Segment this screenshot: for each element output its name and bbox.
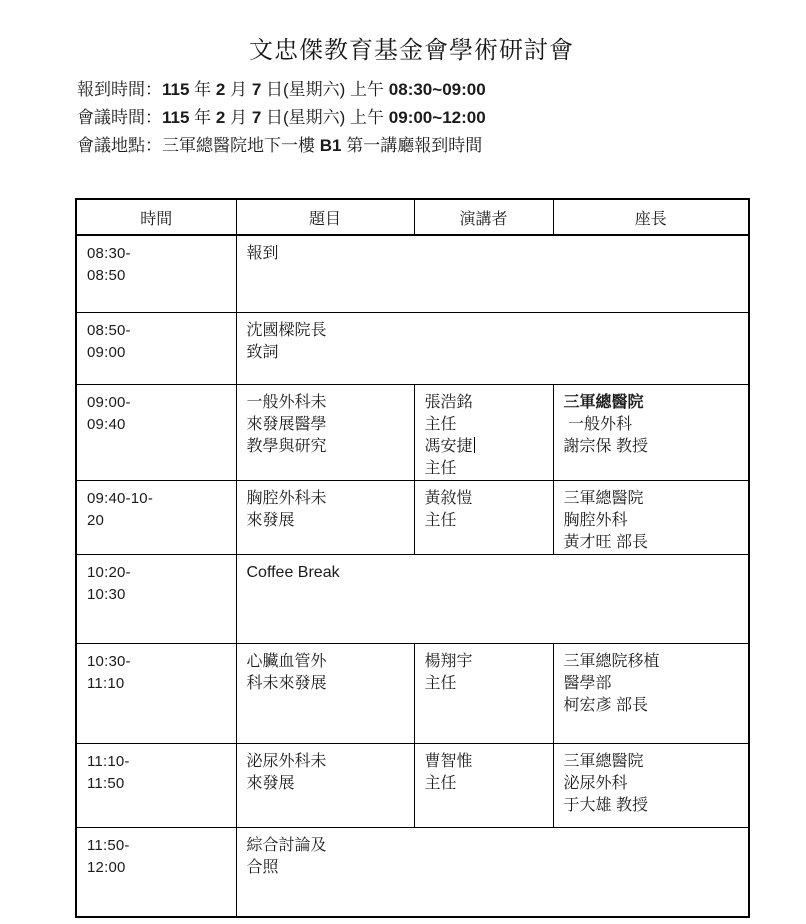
cell-line: 09:40-10- <box>87 488 226 510</box>
cell-line: 11:50 <box>87 773 226 795</box>
cell-line: 來發展 <box>247 510 404 532</box>
time-cell: 11:50- 12:00 <box>76 827 236 917</box>
cell-line: 張浩銘 <box>425 392 543 414</box>
cell-line: 黃才旺 部長 <box>564 532 739 554</box>
cell-line: 11:10 <box>87 673 226 695</box>
cell-line: 楊翔宇 <box>425 651 543 673</box>
table-row-registration: 08:30- 08:50 報到 <box>76 235 749 312</box>
cell-line: 09:00- <box>87 392 226 414</box>
col-header-speaker: 演講者 <box>414 199 553 235</box>
time-cell: 10:20- 10:30 <box>76 554 236 643</box>
cell-line: 主任 <box>425 458 543 480</box>
cell-line: 教學與研究 <box>247 436 404 458</box>
table-row-cardiovascular-surgery: 10:30- 11:10 心臟血管外 科未來發展 楊翔宇 主任 三軍總院移植 醫… <box>76 643 749 743</box>
time-cell: 09:40-10- 20 <box>76 480 236 554</box>
header-row: 時間 題目 演講者 座長 <box>76 199 749 235</box>
info-meeting-location: 會議地點：三軍總醫院地下一樓 B1 第一講廳報到時間 <box>77 132 486 160</box>
cell-line: 11:10- <box>87 751 226 773</box>
cell-line: 主任 <box>425 673 543 695</box>
cell-line: 一般外科未 <box>247 392 404 414</box>
cell-line: 科未來發展 <box>247 673 404 695</box>
page-title: 文忠傑教育基金會學術研討會 <box>75 30 748 65</box>
cell-line: 于大雄 教授 <box>564 795 739 817</box>
cell-line: 謝宗保 教授 <box>564 436 739 458</box>
col-header-topic: 題目 <box>236 199 414 235</box>
chair-cell: 三軍總醫院 一般外科 謝宗保 教授 <box>553 384 749 480</box>
cell-line: 馮安捷 <box>425 436 543 458</box>
cell-line: 沈國樑院長 <box>247 320 739 342</box>
cell-line: 主任 <box>425 510 543 532</box>
time-cell: 10:30- 11:10 <box>76 643 236 743</box>
cell-line: 胸腔外科 <box>564 510 739 532</box>
cell-line: 來發展醫學 <box>247 414 404 436</box>
cell-text: 馮安捷 <box>425 438 473 455</box>
cell-line: 曹智惟 <box>425 751 543 773</box>
cell-line: 08:50 <box>87 265 226 287</box>
cell-line: 泌尿外科 <box>564 773 739 795</box>
col-header-time: 時間 <box>76 199 236 235</box>
time-cell: 08:30- 08:50 <box>76 235 236 312</box>
col-header-chair: 座長 <box>553 199 749 235</box>
cell-line: 一般外科 <box>564 414 739 436</box>
cell-line: 10:20- <box>87 562 226 584</box>
table-row-opening: 08:50- 09:00 沈國樑院長 致詞 <box>76 312 749 384</box>
cell-line: Coffee Break <box>247 562 739 584</box>
document-page: 文忠傑教育基金會學術研討會 報到時間：115 年 2 月 7 日(星期六) 上午… <box>0 0 806 924</box>
cell-line: 報到 <box>247 243 739 265</box>
cell-line: 泌尿外科未 <box>247 751 404 773</box>
topic-cell: 胸腔外科未 來發展 <box>236 480 414 554</box>
table-row-closing: 11:50- 12:00 綜合討論及 合照 <box>76 827 749 917</box>
topic-cell: 泌尿外科未 來發展 <box>236 743 414 827</box>
speaker-cell: 楊翔宇 主任 <box>414 643 553 743</box>
topic-cell: Coffee Break <box>236 554 749 643</box>
speaker-cell: 曹智惟 主任 <box>414 743 553 827</box>
cell-line: 08:30- <box>87 243 226 265</box>
cell-line: 主任 <box>425 414 543 436</box>
table-row-general-surgery: 09:00- 09:40 一般外科未 來發展醫學 教學與研究 張浩銘 主任 馮安… <box>76 384 749 480</box>
topic-cell: 報到 <box>236 235 749 312</box>
cell-line: 合照 <box>247 857 739 879</box>
cell-line: 主任 <box>425 773 543 795</box>
cell-line: 11:50- <box>87 835 226 857</box>
time-cell: 09:00- 09:40 <box>76 384 236 480</box>
cell-line: 醫學部 <box>564 673 739 695</box>
info-registration-time: 報到時間：115 年 2 月 7 日(星期六) 上午 08:30~09:00 <box>77 76 486 104</box>
time-cell: 11:10- 11:50 <box>76 743 236 827</box>
schedule-table: 時間 題目 演講者 座長 08:30- 08:50 報到 08:50- 09:0… <box>75 198 750 918</box>
speaker-cell: 張浩銘 主任 馮安捷 主任 <box>414 384 553 480</box>
info-meeting-time: 會議時間：115 年 2 月 7 日(星期六) 上午 09:00~12:00 <box>77 104 486 132</box>
table-row-thoracic-surgery: 09:40-10- 20 胸腔外科未 來發展 黃敘愷 主任 三軍總醫院 胸腔外科… <box>76 480 749 554</box>
chair-cell: 三軍總醫院 泌尿外科 于大雄 教授 <box>553 743 749 827</box>
cell-line: 三軍總醫院 <box>564 392 739 414</box>
cell-line: 三軍總院移植 <box>564 651 739 673</box>
cell-line: 10:30 <box>87 584 226 606</box>
cell-line: 綜合討論及 <box>247 835 739 857</box>
cell-line: 08:50- <box>87 320 226 342</box>
topic-cell: 綜合討論及 合照 <box>236 827 749 917</box>
cell-line: 三軍總醫院 <box>564 488 739 510</box>
table-row-coffee-break: 10:20- 10:30 Coffee Break <box>76 554 749 643</box>
cell-line: 20 <box>87 510 226 532</box>
cell-line: 致詞 <box>247 342 739 364</box>
topic-cell: 沈國樑院長 致詞 <box>236 312 749 384</box>
cell-line: 柯宏彥 部長 <box>564 695 739 717</box>
chair-cell: 三軍總院移植 醫學部 柯宏彥 部長 <box>553 643 749 743</box>
cell-line: 三軍總醫院 <box>564 751 739 773</box>
cell-line: 胸腔外科未 <box>247 488 404 510</box>
cell-line: 來發展 <box>247 773 404 795</box>
cell-line: 09:40 <box>87 414 226 436</box>
speaker-cell: 黃敘愷 主任 <box>414 480 553 554</box>
topic-cell: 心臟血管外 科未來發展 <box>236 643 414 743</box>
cell-line: 09:00 <box>87 342 226 364</box>
time-cell: 08:50- 09:00 <box>76 312 236 384</box>
cell-line: 10:30- <box>87 651 226 673</box>
topic-cell: 一般外科未 來發展醫學 教學與研究 <box>236 384 414 480</box>
text-cursor <box>474 437 476 453</box>
chair-cell: 三軍總醫院 胸腔外科 黃才旺 部長 <box>553 480 749 554</box>
cell-line: 心臟血管外 <box>247 651 404 673</box>
table-row-urology: 11:10- 11:50 泌尿外科未 來發展 曹智惟 主任 三軍總醫院 泌尿外科… <box>76 743 749 827</box>
info-block: 報到時間：115 年 2 月 7 日(星期六) 上午 08:30~09:00 會… <box>77 76 486 160</box>
cell-line: 黃敘愷 <box>425 488 543 510</box>
cell-line: 12:00 <box>87 857 226 879</box>
